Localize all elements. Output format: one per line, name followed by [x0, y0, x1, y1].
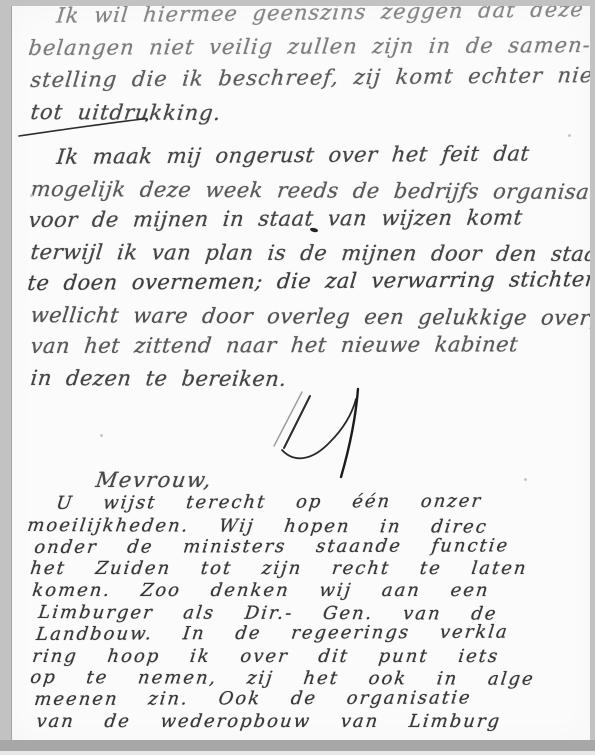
paragraph-concern: Ik maak mij ongerust over het feit dat m…: [29, 142, 590, 394]
handwritten-line: komen. Zoo denken wij aan een: [31, 580, 536, 602]
handwritten-line: Ik wil hiermee geenszins zeggen dat deze: [29, 6, 590, 32]
handwritten-line: van het zittend naar het nieuwe kabinet: [29, 329, 590, 363]
handwritten-line: U wijst terecht op één onzer: [29, 490, 536, 514]
handwritten-line: stelling die ik beschreef, zij komt echt…: [29, 59, 590, 96]
handwritten-line: van de wederopbouw van Limburg: [35, 711, 536, 733]
scan-speckle: [524, 478, 527, 481]
handwritten-line: ring hoop ik over dit punt iets: [31, 646, 536, 668]
scan-speckle: [568, 134, 571, 137]
scan-edge-band: [0, 740, 595, 751]
handwritten-line: voor de mijnen in staat van wijzen komt: [27, 202, 590, 237]
stray-ink-mark: ,: [18, 728, 25, 740]
handwritten-line: Ik maak mij ongerust over het feit dat: [29, 138, 590, 174]
handwritten-line: Landbouw. In de regeerings verkla: [35, 621, 536, 645]
handwritten-line: meenen zin. Ook de organisatie: [33, 687, 536, 711]
handwritten-line: onder de ministers staande functie: [33, 535, 536, 559]
monogram-w-flourish: [246, 384, 391, 484]
paragraph-reply: U wijst terecht op één onzer moeilijkhed…: [29, 493, 533, 733]
handwritten-line: het Zuiden tot zijn recht te laten: [29, 558, 536, 580]
manuscript-page: Ik wil hiermee geenszins zeggen dat deze…: [11, 6, 590, 740]
handwritten-line: te doen overnemen; die zal verwarring st…: [26, 264, 590, 300]
handwritten-line: belangen niet veilig zullen zijn in de s…: [27, 29, 590, 64]
scanned-letter: Ik wil hiermee geenszins zeggen dat deze…: [0, 0, 595, 755]
scan-speckle: [30, 194, 33, 197]
scan-speckle: [100, 434, 103, 437]
salutation: Mevrouw,: [94, 468, 214, 492]
scan-edge-highlight: [0, 751, 595, 755]
separator-stroke: [15, 110, 165, 140]
